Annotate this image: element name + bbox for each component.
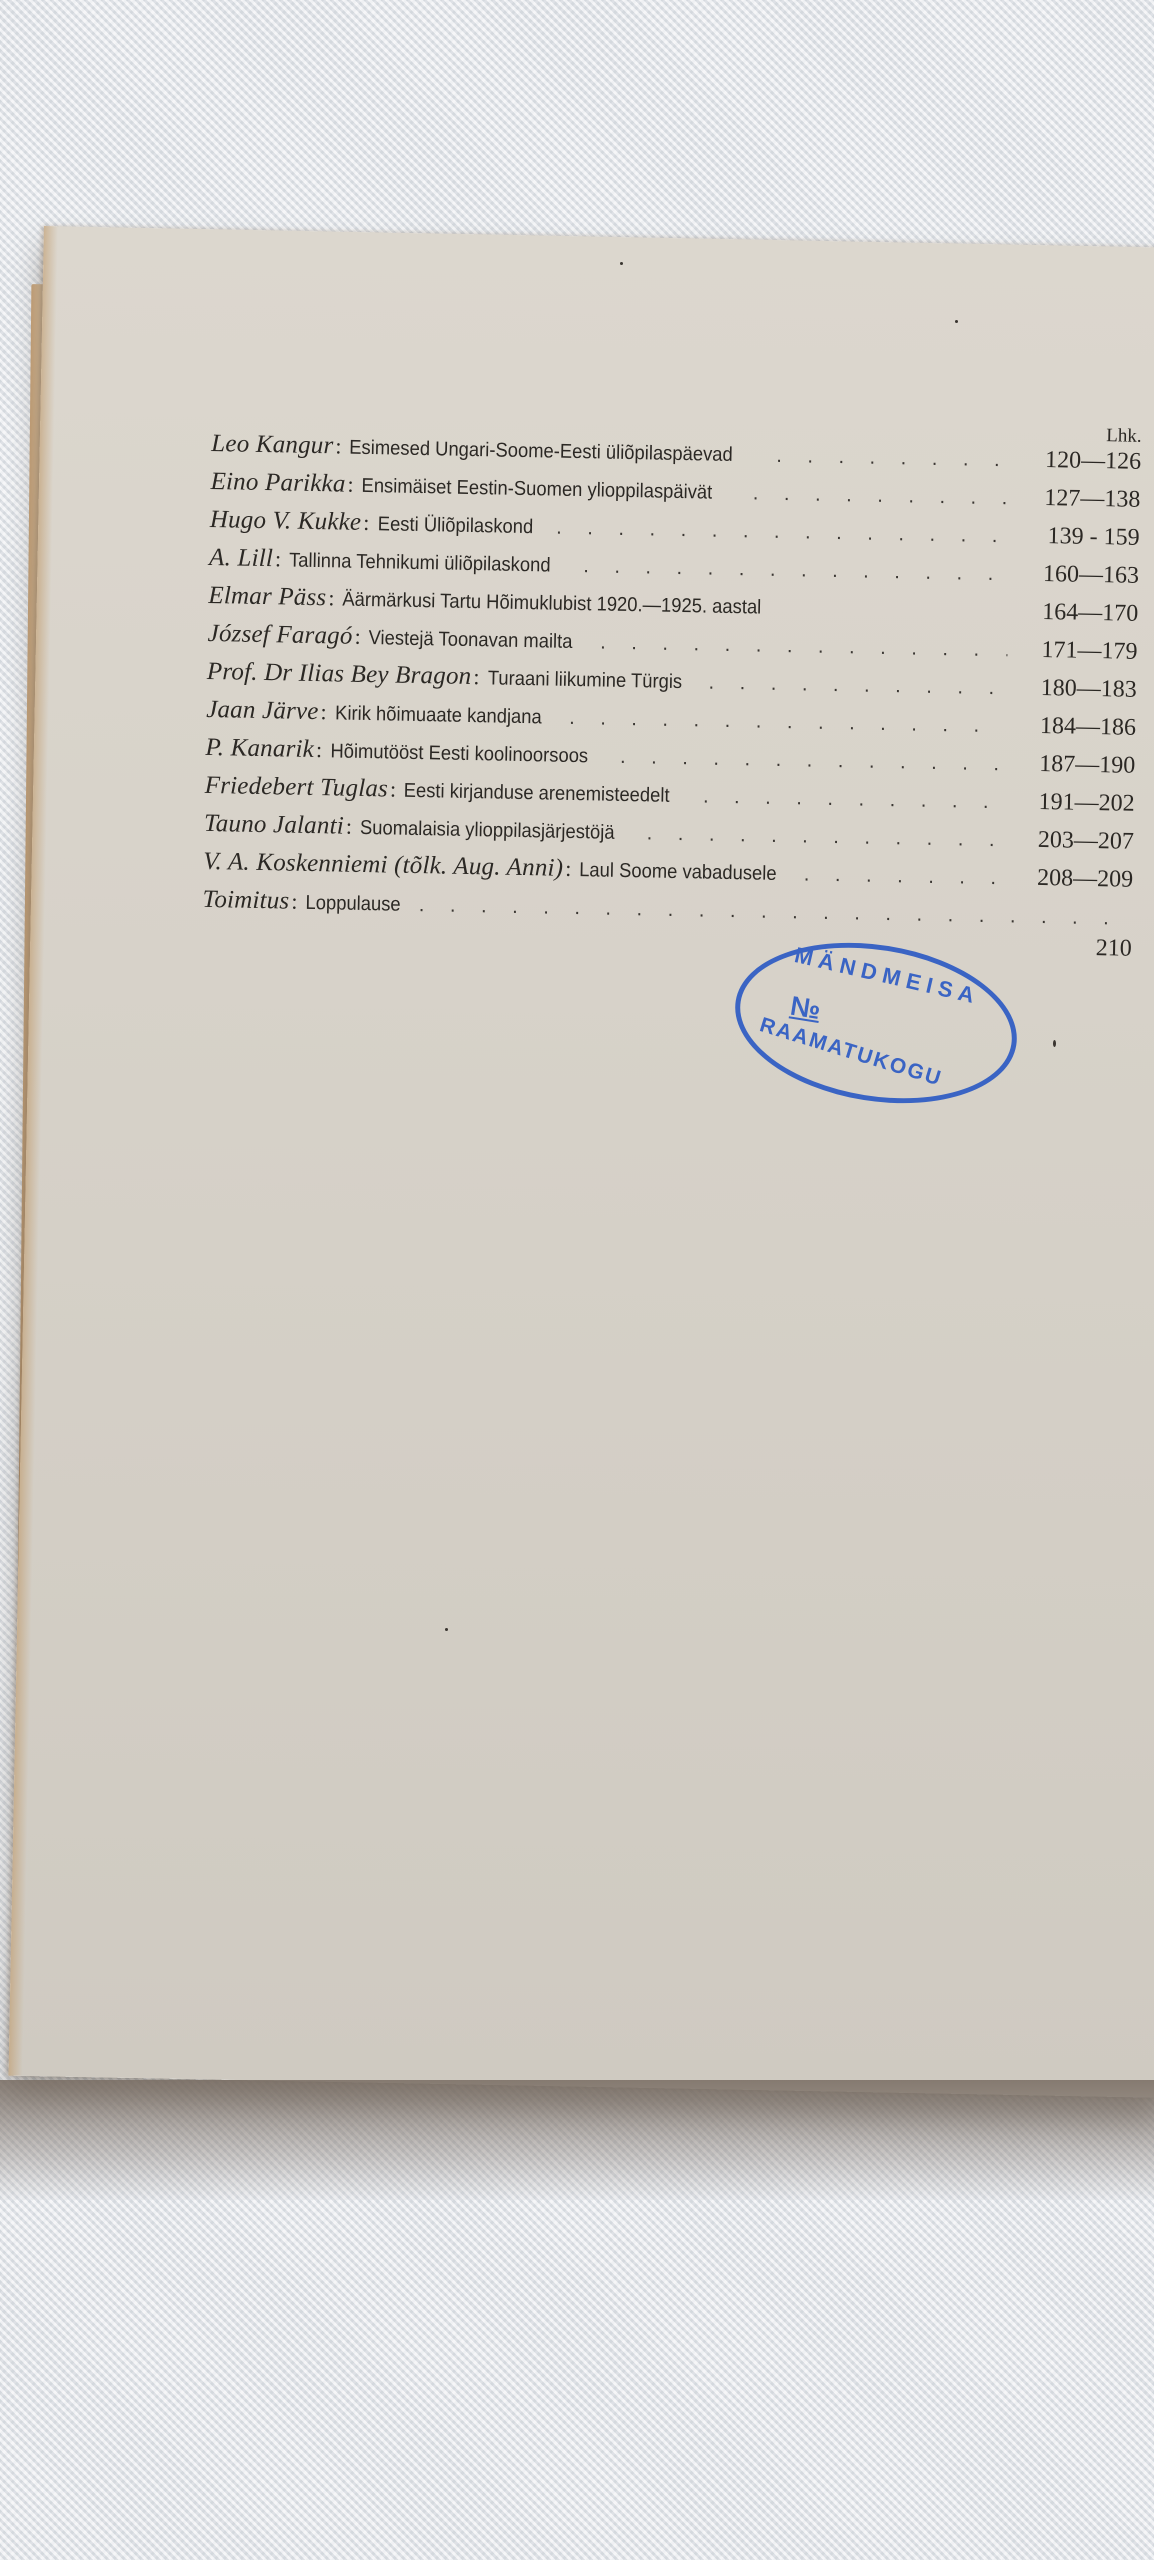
- leader-dots: [804, 863, 1004, 890]
- leader-dots: [556, 517, 1010, 549]
- entry-title: Laul Soome vabadusele: [579, 859, 777, 886]
- leader-dots: [583, 555, 1009, 586]
- entry-author: József Faragó: [207, 620, 352, 651]
- leader-dots: [600, 631, 1008, 662]
- entry-title: Eesti kirjanduse arenemisteedelt: [404, 780, 670, 808]
- entry-title: Loppulause: [305, 892, 401, 917]
- entry-pages: 180—183: [1017, 675, 1137, 704]
- entry-author: Hugo V. Kukke: [210, 506, 362, 537]
- entry-title: Äärmärkusi Tartu Hõimuklubist 1920.—1925…: [342, 589, 761, 620]
- entry-author: P. Kanarik: [205, 734, 314, 764]
- entry-author: Elmar Päss: [208, 582, 327, 612]
- entry-title: Tallinna Tehnikumi üliõpilaskond: [289, 550, 551, 578]
- page-shadow: [0, 2080, 1154, 2200]
- entry-title: Ensimäiset Eestin-Suomen ylioppilaspäivä…: [361, 475, 712, 505]
- entry-author: Jaan Järve: [206, 696, 319, 726]
- entry-author: Tauno Jalanti: [204, 810, 344, 841]
- entry-pages: 160—163: [1019, 561, 1139, 590]
- entry-title: Viestejä Toonavan mailta: [368, 627, 572, 654]
- entry-title: Suomalaisia ylioppilasjärjestöjä: [360, 817, 615, 845]
- entry-pages: 187—190: [1015, 750, 1135, 779]
- entry-author: Prof. Dr Ilias Bey Bragon: [207, 658, 472, 691]
- entry-title: Esimesed Ungari-Soome-Eesti üliõpilaspäe…: [349, 437, 733, 467]
- entry-author: V. A. Koskenniemi (tõlk. Aug. Anni): [203, 848, 563, 883]
- stamp-number-label: №: [788, 991, 823, 1026]
- leader-dots: [708, 672, 1007, 701]
- paper-speck: [620, 262, 623, 265]
- leader-dots: [569, 707, 1006, 738]
- paper-speck: [445, 1628, 448, 1631]
- entry-title: Kirik hõimuaate kandjana: [334, 702, 541, 729]
- leader-dots: [647, 822, 1005, 852]
- entry-author: Toimitus: [202, 886, 289, 916]
- paper-speck: [955, 320, 958, 323]
- leader-dots: [620, 746, 1006, 776]
- entry-pages: 120—126: [1021, 447, 1141, 476]
- entry-pages: 139 - 159: [1019, 523, 1139, 552]
- entry-pages: 191—202: [1014, 788, 1134, 817]
- entry-pages: 203—207: [1014, 826, 1134, 855]
- entry-pages: 184—186: [1016, 712, 1136, 741]
- entry-title: Hõimutööst Eesti koolinoorsoos: [330, 740, 588, 768]
- entry-pages: 171—179: [1017, 637, 1137, 666]
- entry-title: Eesti Üliõpilaskond: [377, 513, 533, 539]
- entry-pages: 164—170: [1018, 599, 1138, 628]
- paper-speck: [1053, 1040, 1056, 1047]
- leader-dots: [776, 445, 1011, 473]
- leader-dots: [703, 786, 1005, 815]
- entry-title: Turaani liikumine Türgis: [487, 667, 682, 694]
- entry-pages: 127—138: [1020, 485, 1140, 514]
- table-of-contents: Lhk. Leo Kangur: Esimesed Ungari-Soome-E…: [202, 408, 1142, 970]
- entry-author: Eino Parikka: [210, 468, 346, 499]
- entry-author: Leo Kangur: [211, 430, 334, 460]
- leader-dots: [753, 482, 1011, 510]
- entry-author: Friedebert Tuglas: [204, 772, 388, 804]
- entry-pages: 208—209: [1013, 864, 1133, 893]
- entry-author: A. Lill: [209, 544, 273, 573]
